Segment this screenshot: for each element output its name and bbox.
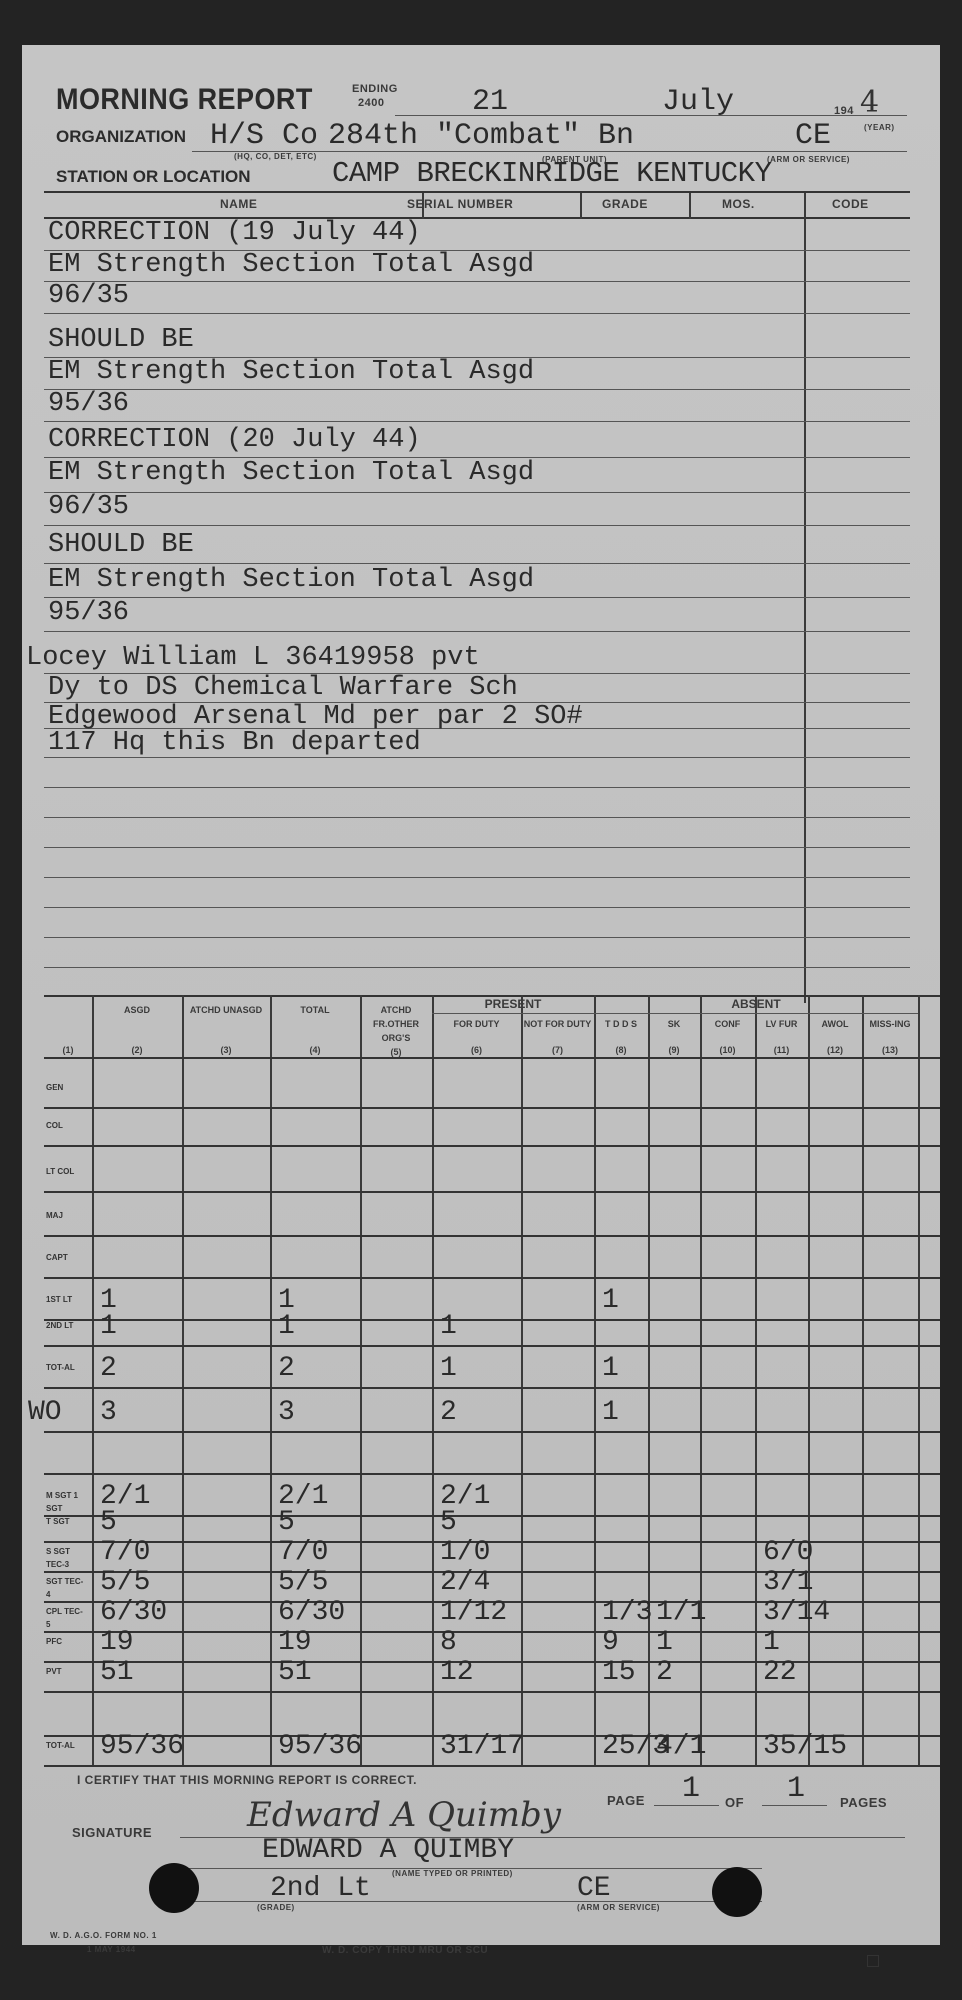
strength-row-grade: PVT [46,1665,86,1678]
form-title: MORNING REPORT [56,83,313,117]
strength-cell: 8 [440,1627,457,1658]
strength-cell: 1 [278,1311,295,1342]
strength-col-header: FOR DUTY(6) [432,1017,521,1057]
strength-cell: 4/1 [656,1731,706,1762]
strength-row-grade: SGT TEC-4 [46,1575,86,1601]
entry-line: CORRECTION (20 July 44) [48,425,421,455]
strength-cell: 2 [100,1353,117,1384]
strength-col-header: T D D S(8) [594,1017,648,1057]
binder-hole-left [149,1863,199,1913]
strength-cell: 51 [278,1657,312,1688]
arm-caption-footer: (ARM OR SERVICE) [577,1903,660,1912]
strength-cell: 5 [278,1507,295,1538]
organization-parent: 284th "Combat" Bn [328,119,634,153]
strength-cell: 6/30 [278,1597,345,1628]
strength-col-header: (1) [44,1003,92,1057]
of-label: OF [725,1795,744,1810]
strength-row-grade: LT COL [46,1165,86,1178]
strength-row-grade: WO [28,1397,62,1428]
strength-cell: 1/1 [656,1597,706,1628]
strength-cell: 3 [100,1397,117,1428]
entry-line: 117 Hq this Bn departed [48,728,421,758]
strength-cell: 15 [602,1657,636,1688]
grade-caption: (GRADE) [257,1903,295,1912]
strength-cell: 6/0 [763,1537,813,1568]
arm-value: CE [577,1873,611,1904]
organization-label: ORGANIZATION [56,127,186,147]
organization-unit: H/S Co [210,119,318,153]
organization-arm: CE [795,119,831,153]
strength-cell: 9 [602,1627,619,1658]
entry-line: SHOULD BE [48,325,194,355]
strength-col-header: ATCHD UNASGD(3) [182,1003,270,1057]
strength-cell: 7/0 [278,1537,328,1568]
name-typed: EDWARD A QUIMBY [262,1835,514,1866]
strength-row-grade: T SGT [46,1515,86,1528]
strength-row-grade: 2ND LT [46,1319,86,1332]
strength-row-grade: GEN [46,1081,86,1094]
strength-row-grade: S SGT TEC-3 [46,1545,86,1571]
strength-cell: 51 [100,1657,134,1688]
strength-col-header: TOTAL(4) [270,1003,360,1057]
strength-row-grade: MAJ [46,1209,86,1222]
strength-cell: 1/12 [440,1597,507,1628]
strength-cell: 19 [278,1627,312,1658]
col-mos: MOS. [722,197,755,211]
entry-line: EM Strength Section Total Asgd [48,458,534,488]
org-caption: (HQ, CO, DET, ETC) [234,152,317,161]
pages-label: PAGES [840,1795,887,1810]
strength-row-grade: PFC [46,1635,86,1648]
form-date: 1 MAY 1944 [87,1945,136,1954]
grade-value: 2nd Lt [270,1873,371,1904]
entry-line: 95/36 [48,598,129,628]
strength-cell: 35/15 [763,1731,847,1762]
strength-col-header: NOT FOR DUTY(7) [521,1017,594,1057]
absent-group-header: ABSENT [594,997,918,1011]
strength-cell: 6/30 [100,1597,167,1628]
strength-col-header: ATCHD FR.OTHER ORG'S(5) [360,1003,432,1059]
entry-line: SHOULD BE [48,530,194,560]
strength-row-grade: CAPT [46,1251,86,1264]
strength-cell: 2 [278,1353,295,1384]
entry-line: Locey William L 36419958 pvt [26,643,480,673]
strength-row-grade: 1ST LT [46,1293,86,1306]
name-caption: (NAME TYPED OR PRINTED) [392,1869,513,1878]
entry-line: 96/35 [48,492,129,522]
entry-line: EM Strength Section Total Asgd [48,357,534,387]
strength-col-header: AWOL(12) [808,1017,862,1057]
station-label: STATION OR LOCATION [56,167,251,187]
strength-cell: 1 [440,1353,457,1384]
signature-script: Edward A Quimby [247,1795,561,1835]
checkbox-mark [867,1955,879,1967]
strength-col-header: LV FUR(11) [755,1017,808,1057]
strength-cell: 1/3 [602,1597,652,1628]
strength-cell: 1 [763,1627,780,1658]
form-number: W. D. A.G.O. FORM NO. 1 [50,1931,157,1940]
certify-text: I CERTIFY THAT THIS MORNING REPORT IS CO… [77,1773,417,1787]
col-code: CODE [832,197,869,211]
strength-col-header: MISS-ING(13) [862,1017,918,1057]
report-month: July [662,85,734,119]
copy-note: W. D. COPY THRU MRU OR SCU [322,1945,488,1956]
strength-cell: 19 [100,1627,134,1658]
strength-cell: 2 [656,1657,673,1688]
strength-cell: 5/5 [100,1567,150,1598]
entry-line: 95/36 [48,389,129,419]
year-suffix: 4 [860,85,879,120]
strength-cell: 1/0 [440,1537,490,1568]
strength-cell: 3 [278,1397,295,1428]
entry-line: EM Strength Section Total Asgd [48,250,534,280]
strength-cell: 95/36 [100,1731,184,1762]
strength-row-grade: M SGT 1 SGT [46,1489,86,1515]
strength-cell: 31/17 [440,1731,524,1762]
strength-col-header: ASGD(2) [92,1003,182,1057]
strength-row-grade: TOT-AL [46,1739,86,1752]
strength-cell: 1 [602,1285,619,1316]
binder-hole-right [712,1867,762,1917]
strength-col-header: CONF(10) [700,1017,755,1057]
strength-cell: 1 [440,1311,457,1342]
station-value: CAMP BRECKINRIDGE KENTUCKY [332,157,771,190]
strength-cell: 3/14 [763,1597,830,1628]
page-total: 1 [787,1772,805,1806]
entry-line: Dy to DS Chemical Warfare Sch [48,673,518,703]
strength-cell: 12 [440,1657,474,1688]
year-caption: (YEAR) [864,123,895,132]
page-label: PAGE [607,1793,645,1808]
strength-cell: 1 [602,1397,619,1428]
present-group-header: PRESENT [432,997,594,1011]
strength-cell: 1 [100,1311,117,1342]
arm-caption: (ARM OR SERVICE) [767,155,850,164]
strength-row-grade: TOT-AL [46,1361,86,1374]
morning-report-form: MORNING REPORT ENDING 2400 21 July 194 4… [22,45,940,1945]
year-prefix: 194 [834,105,854,117]
strength-cell: 5/5 [278,1567,328,1598]
strength-cell: 3/1 [763,1567,813,1598]
strength-cell: 5 [100,1507,117,1538]
page-number: 1 [682,1772,700,1806]
strength-cell: 95/36 [278,1731,362,1762]
strength-cell: 22 [763,1657,797,1688]
report-day: 21 [472,85,508,119]
signature-label: SIGNATURE [72,1825,152,1840]
strength-cell: 1 [602,1353,619,1384]
entry-line: 96/35 [48,281,129,311]
strength-cell: 2/4 [440,1567,490,1598]
strength-cell: 1 [656,1627,673,1658]
ending-label: ENDING [352,83,398,95]
entry-line: EM Strength Section Total Asgd [48,565,534,595]
col-name: NAME [220,197,257,211]
strength-col-header: SK(9) [648,1017,700,1057]
strength-cell: 7/0 [100,1537,150,1568]
ending-time: 2400 [358,97,384,109]
strength-row-grade: CPL TEC-5 [46,1605,86,1631]
strength-cell: 2 [440,1397,457,1428]
strength-row-grade: COL [46,1119,86,1132]
col-grade: GRADE [602,197,648,211]
strength-cell: 5 [440,1507,457,1538]
entry-line: CORRECTION (19 July 44) [48,218,421,248]
